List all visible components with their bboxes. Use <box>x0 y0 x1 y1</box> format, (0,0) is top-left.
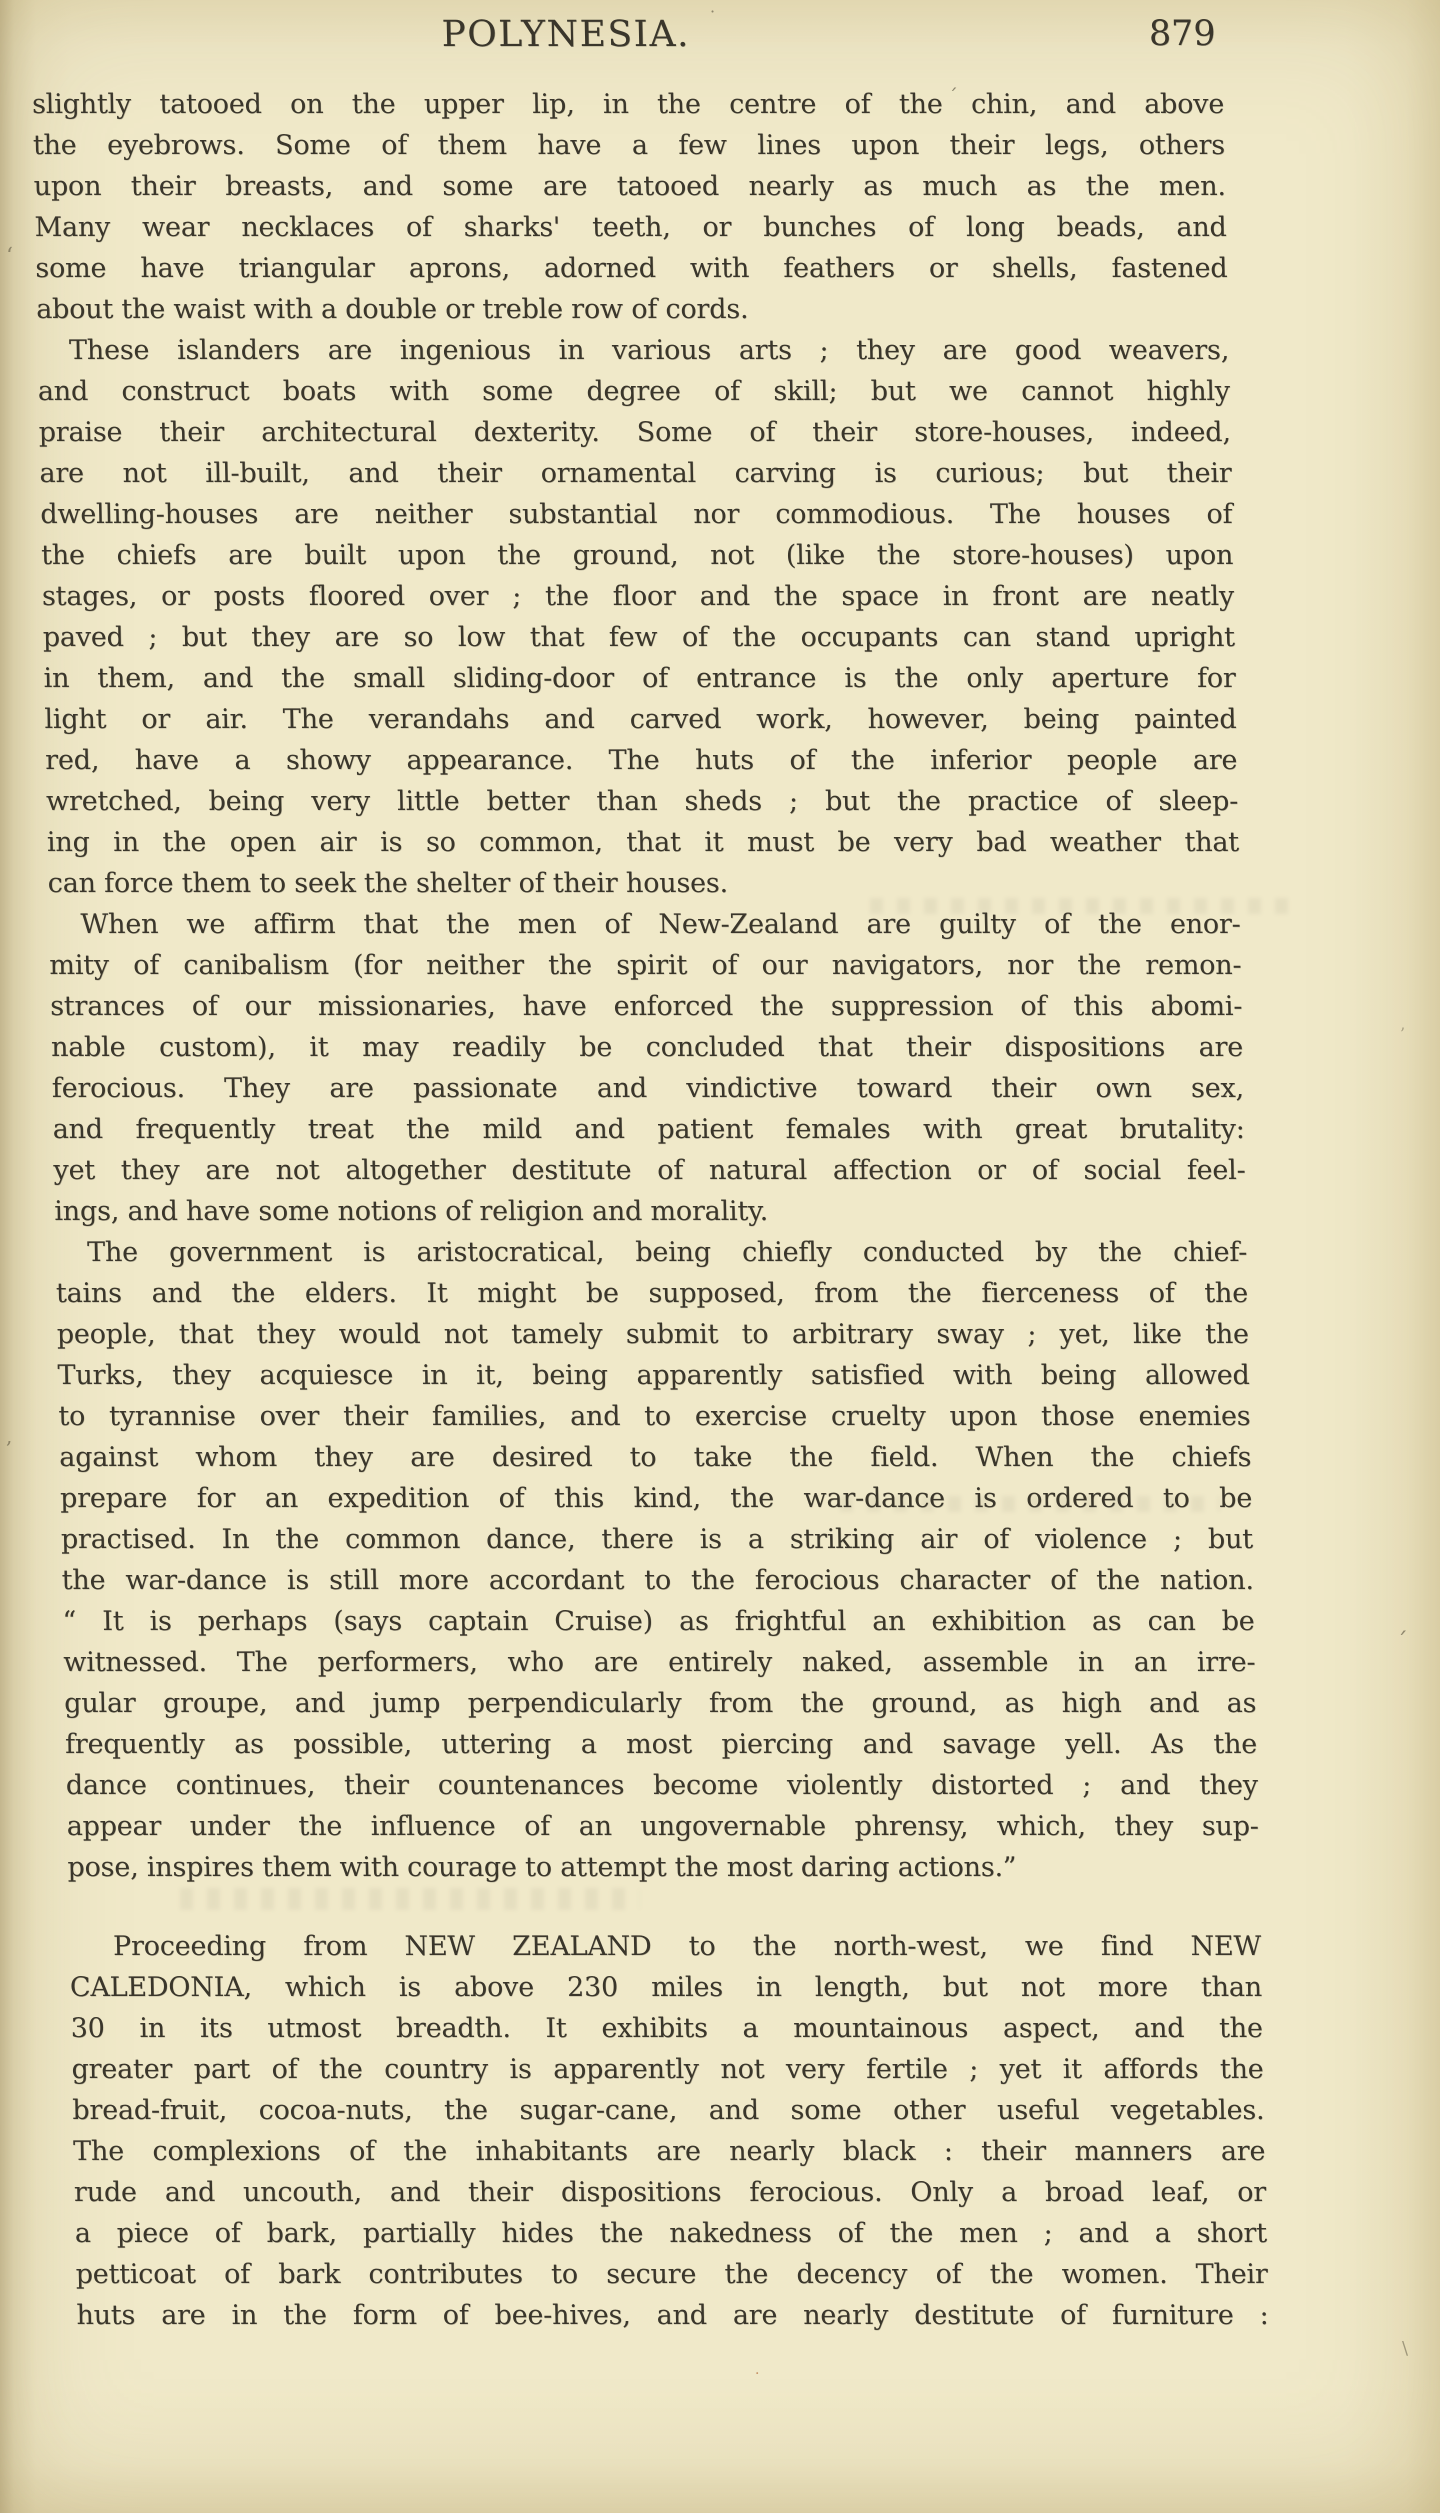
text-line: nable custom), it may readily be conclud… <box>51 1027 1244 1068</box>
text-line: praise their architectural dexterity. So… <box>38 412 1231 453</box>
text-line: people, that they would not tamely submi… <box>56 1314 1249 1355</box>
paragraph: The government is aristocratical, being … <box>55 1232 1254 1601</box>
text-line: wretched, being very little better than … <box>46 781 1239 822</box>
text-line: pose, inspires them with courage to atte… <box>67 1847 1260 1888</box>
text-line: dwelling-houses are neither substantial … <box>40 494 1233 535</box>
text-line: greater part of the country is apparentl… <box>71 2049 1264 2090</box>
text-line: The government is aristocratical, being … <box>55 1232 1248 1273</box>
text-line: are not ill-built, and their ornamental … <box>39 453 1232 494</box>
text-line: gular groupe, and jump perpendicularly f… <box>64 1683 1257 1724</box>
scan-artifact-mark: , <box>6 1424 12 1448</box>
text-line: slightly tatooed on the upper lip, in th… <box>32 84 1225 125</box>
text-line: ferocious. They are passionate and vindi… <box>51 1068 1244 1109</box>
scan-artifact-mark: ‘ <box>6 244 13 269</box>
page-number: 879 <box>1148 14 1216 54</box>
text-line: light or air. The verandahs and carved w… <box>44 699 1237 740</box>
text-line: about the waist with a double or treble … <box>36 289 1229 330</box>
text-line: some have triangular aprons, adorned wit… <box>35 248 1228 289</box>
text-line: the chiefs are built upon the ground, no… <box>41 535 1234 576</box>
text-line: dance continues, their countenances beco… <box>65 1765 1258 1806</box>
text-line: Turks, they acquiesce in it, being appar… <box>57 1355 1250 1396</box>
scan-artifact-mark: ´ <box>1396 1628 1408 1656</box>
text-line: CALEDONIA, which is above 230 miles in l… <box>69 1967 1262 2008</box>
text-line: and construct boats with some degree of … <box>37 371 1230 412</box>
text-line: a piece of bark, partially hides the nak… <box>74 2213 1267 2254</box>
text-line: rude and uncouth, and their dispositions… <box>74 2172 1267 2213</box>
text-line: When we affirm that the men of New-Zeala… <box>48 904 1241 945</box>
text-line: mity of canibalism (for neither the spir… <box>49 945 1242 986</box>
text-line: witnessed. The performers, who are entir… <box>63 1642 1256 1683</box>
text-line: frequently as possible, uttering a most … <box>65 1724 1258 1765</box>
scan-artifact-mark: \ <box>1402 2338 1408 2359</box>
text-line: huts are in the form of bee-hives, and a… <box>76 2295 1269 2336</box>
text-line: The complexions of the inhabitants are n… <box>73 2131 1266 2172</box>
book-page: { "page": { "header": { "title": "POLYNE… <box>0 0 1440 2513</box>
paragraph: Proceeding from NEW ZEALAND to the north… <box>69 1926 1269 2336</box>
text-line: upon their breasts, and some are tatooed… <box>33 166 1226 207</box>
text-line: Proceeding from NEW ZEALAND to the north… <box>69 1926 1262 1967</box>
text-line: petticoat of bark contributes to secure … <box>75 2254 1268 2295</box>
text-line: 30 in its utmost breadth. It exhibits a … <box>70 2008 1263 2049</box>
text-line: practised. In the common dance, there is… <box>60 1519 1253 1560</box>
text-line: paved ; but they are so low that few of … <box>42 617 1235 658</box>
text-line: bread-fruit, cocoa-nuts, the sugar-cane,… <box>72 2090 1265 2131</box>
text-line: “ It is perhaps (says captain Cruise) as… <box>62 1601 1255 1642</box>
scan-artifact-mark: ’ <box>1400 1024 1405 1043</box>
page-content: POLYNESIA. 879 slightly tatooed on the u… <box>30 0 1272 2513</box>
text-body: slightly tatooed on the upper lip, in th… <box>32 84 1269 2336</box>
text-line: and frequently treat the mild and patien… <box>52 1109 1245 1150</box>
running-head: POLYNESIA. 879 <box>30 14 1223 66</box>
text-line: in them, and the small sliding-door of e… <box>43 658 1236 699</box>
text-line: yet they are not altogether destitute of… <box>53 1150 1246 1191</box>
text-line: ing in the open air is so common, that i… <box>47 822 1240 863</box>
text-line: against whom they are desired to take th… <box>59 1437 1252 1478</box>
text-line: Many wear necklaces of sharks' teeth, or… <box>34 207 1227 248</box>
text-line: These islanders are ingenious in various… <box>37 330 1230 371</box>
text-line: prepare for an expedition of this kind, … <box>60 1478 1253 1519</box>
text-line: the war-dance is still more accordant to… <box>61 1560 1254 1601</box>
text-line: ings, and have some notions of religion … <box>54 1191 1247 1232</box>
text-line: strances of our missionaries, have enfor… <box>50 986 1243 1027</box>
paragraph: When we affirm that the men of New-Zeala… <box>48 904 1247 1232</box>
page-title: POLYNESIA. <box>30 14 1101 55</box>
text-line: can force them to seek the shelter of th… <box>47 863 1240 904</box>
text-line: stages, or posts floored over ; the floo… <box>42 576 1235 617</box>
text-line: appear under the influence of an ungover… <box>66 1806 1259 1847</box>
text-line: to tyrannise over their families, and to… <box>58 1396 1251 1437</box>
text-line: red, have a showy appearance. The huts o… <box>45 740 1238 781</box>
paragraph: slightly tatooed on the upper lip, in th… <box>32 84 1229 330</box>
paragraph: “ It is perhaps (says captain Cruise) as… <box>62 1601 1260 1888</box>
text-line: tains and the elders. It might be suppos… <box>56 1273 1249 1314</box>
paragraph: These islanders are ingenious in various… <box>37 330 1241 904</box>
text-line: the eyebrows. Some of them have a few li… <box>33 125 1226 166</box>
